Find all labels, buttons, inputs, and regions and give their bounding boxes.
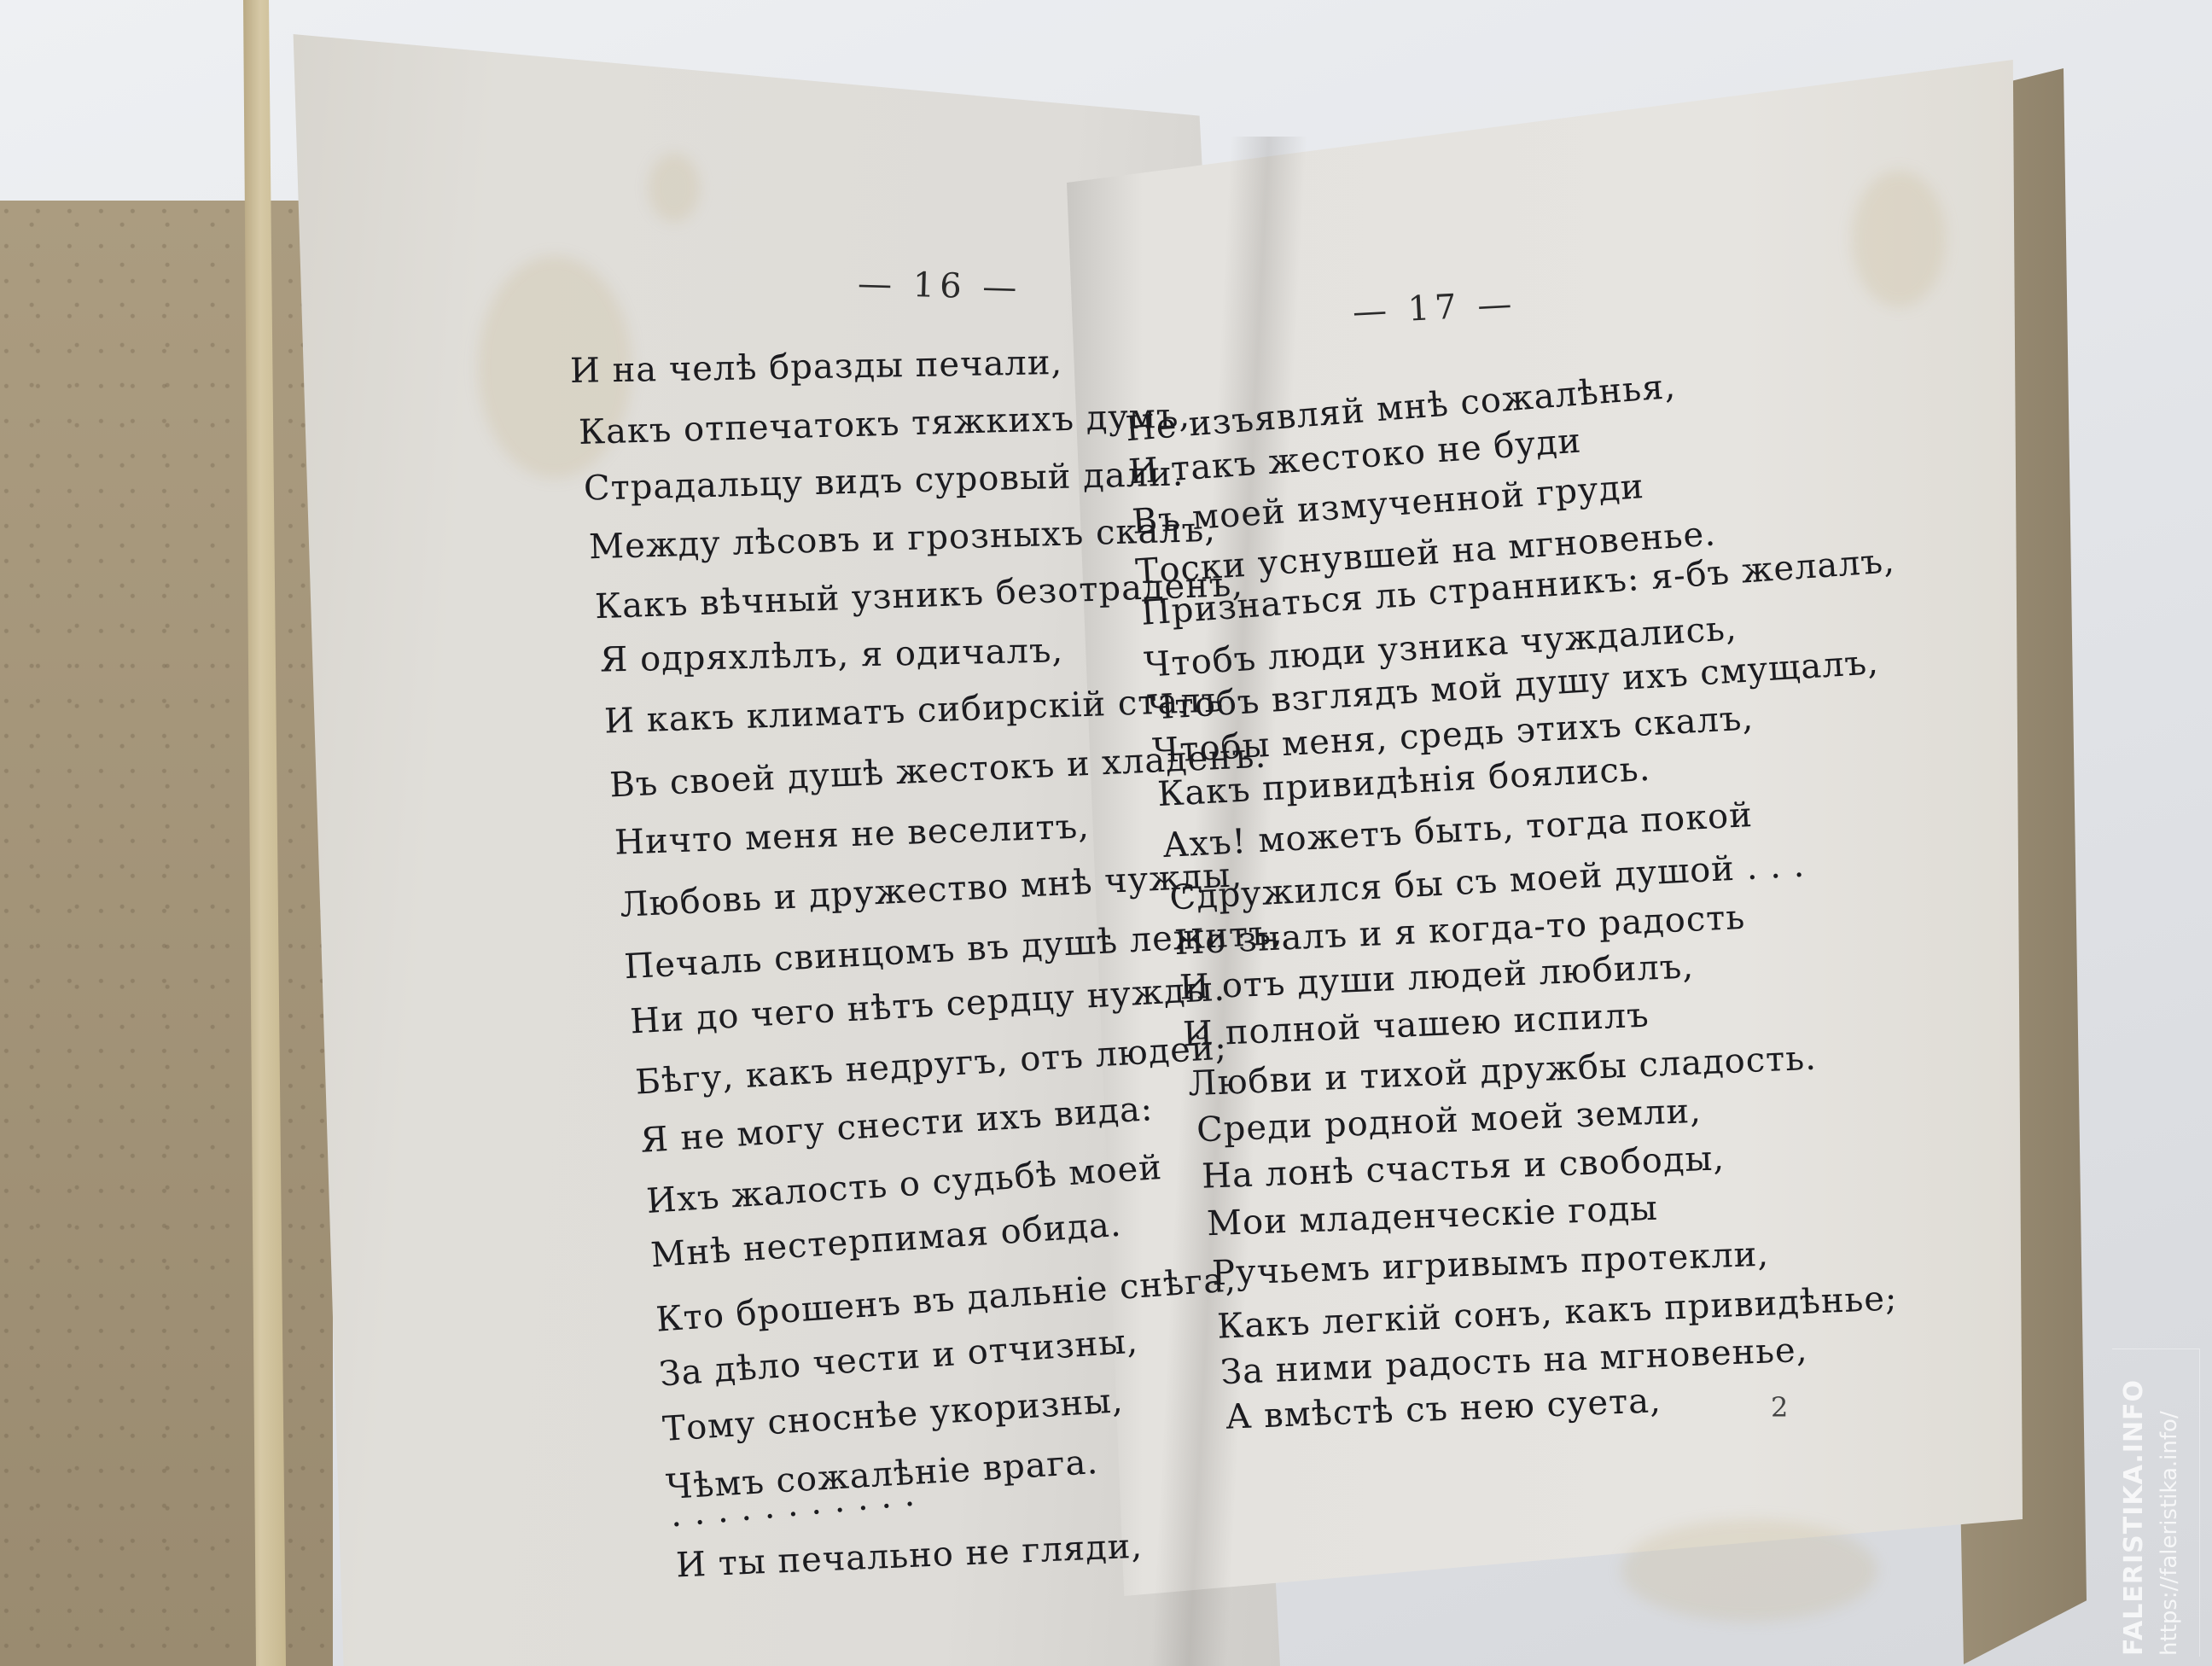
- watermark-url: https://faleristika.info/: [2157, 1411, 2182, 1656]
- paper-stain: [1852, 171, 1946, 307]
- paper-stain: [649, 154, 700, 222]
- watermark-brand: FALERISTIKA.INFO: [2119, 1379, 2149, 1656]
- paper-stain: [1621, 1519, 1877, 1622]
- watermark: FALERISTIKA.INFO https://faleristika.inf…: [2112, 1349, 2206, 1656]
- signature-mark: 2: [1771, 1391, 1788, 1424]
- page-number-left: — 16 —: [857, 264, 1022, 307]
